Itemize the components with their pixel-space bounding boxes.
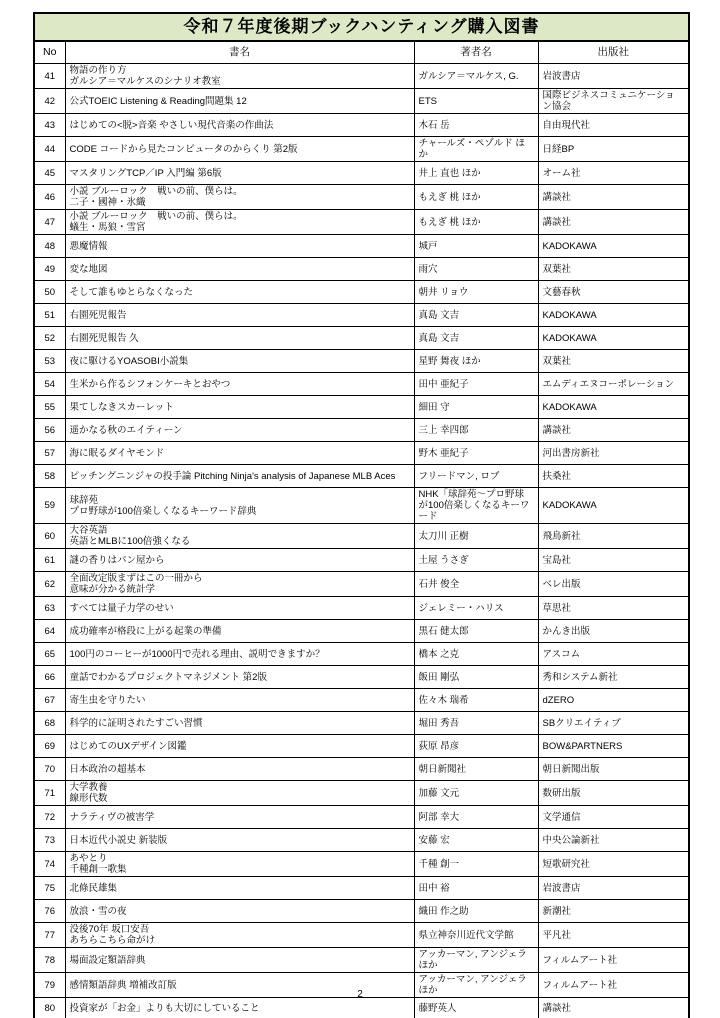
table-row: 48悪魔情報城戸KADOKAWA bbox=[34, 235, 689, 258]
cell-title: 大学教養 線形代数 bbox=[65, 781, 414, 806]
cell-publisher: 講談社 bbox=[538, 419, 689, 442]
cell-no: 66 bbox=[34, 666, 65, 689]
cell-author: チャールズ・ペゾルド ほか bbox=[414, 137, 538, 162]
cell-title: 公式TOEIC Listening & Reading問題集 12 bbox=[65, 89, 414, 114]
page-number: 2 bbox=[0, 989, 720, 1000]
cell-no: 69 bbox=[34, 735, 65, 758]
title-row: 令和７年度後期ブックハンティング購入図書 bbox=[34, 13, 689, 41]
cell-author: 田中 亜紀子 bbox=[414, 373, 538, 396]
cell-author: もえぎ 桃 ほか bbox=[414, 185, 538, 210]
cell-title: 物語の作り方 ガルシア＝マルケスのシナリオ教室 bbox=[65, 64, 414, 89]
cell-no: 75 bbox=[34, 877, 65, 900]
cell-title: 夜に駆けるYOASOBI小説集 bbox=[65, 350, 414, 373]
cell-no: 42 bbox=[34, 89, 65, 114]
cell-author: 佐々木 瑞希 bbox=[414, 689, 538, 712]
cell-publisher: 草思社 bbox=[538, 597, 689, 620]
cell-author: 橋本 之克 bbox=[414, 643, 538, 666]
cell-publisher: KADOKAWA bbox=[538, 488, 689, 524]
cell-author: 藤野英人 bbox=[414, 998, 538, 1018]
cell-publisher: 短歌研究社 bbox=[538, 852, 689, 877]
cell-publisher: 河出書房新社 bbox=[538, 442, 689, 465]
cell-publisher: フィルムアート社 bbox=[538, 948, 689, 973]
cell-title: ピッチングニンジャの投手論 Pitching Ninja's analysis … bbox=[65, 465, 414, 488]
cell-no: 67 bbox=[34, 689, 65, 712]
cell-no: 58 bbox=[34, 465, 65, 488]
cell-publisher: 自由現代社 bbox=[538, 114, 689, 137]
cell-publisher: 平凡社 bbox=[538, 923, 689, 948]
cell-author: 石井 俊全 bbox=[414, 572, 538, 597]
cell-author: 土屋 うさぎ bbox=[414, 549, 538, 572]
column-header-row: No 書名 著者名 出版社 bbox=[34, 41, 689, 64]
column-header-no: No bbox=[34, 41, 65, 64]
cell-title: 科学的に証明されたすごい習慣 bbox=[65, 712, 414, 735]
cell-no: 48 bbox=[34, 235, 65, 258]
cell-publisher: 宝島社 bbox=[538, 549, 689, 572]
table-row: 51右園死児報告真島 文吉KADOKAWA bbox=[34, 304, 689, 327]
cell-author: フリードマン, ロブ bbox=[414, 465, 538, 488]
cell-no: 65 bbox=[34, 643, 65, 666]
cell-publisher: 飛鳥新社 bbox=[538, 524, 689, 549]
document-page: 令和７年度後期ブックハンティング購入図書 No 書名 著者名 出版社 41物語の… bbox=[0, 0, 720, 1018]
table-row: 61謎の香りはパン屋から土屋 うさぎ宝島社 bbox=[34, 549, 689, 572]
cell-author: ETS bbox=[414, 89, 538, 114]
cell-no: 59 bbox=[34, 488, 65, 524]
cell-publisher: 岩波書店 bbox=[538, 877, 689, 900]
cell-no: 44 bbox=[34, 137, 65, 162]
cell-no: 73 bbox=[34, 829, 65, 852]
cell-title: 没後70年 坂口安吾 あちらこちら命がけ bbox=[65, 923, 414, 948]
cell-author: NHK「球辞苑～プロ野球が100倍楽しくなるキーワード bbox=[414, 488, 538, 524]
table-row: 68科学的に証明されたすごい習慣堀田 秀吾SBクリエイティブ bbox=[34, 712, 689, 735]
table-row: 65100円のコーヒーが1000円で売れる理由、説明できますか？橋本 之克アスコ… bbox=[34, 643, 689, 666]
cell-publisher: 講談社 bbox=[538, 210, 689, 235]
table-row: 41物語の作り方 ガルシア＝マルケスのシナリオ教室ガルシア＝マルケス, G.岩波… bbox=[34, 64, 689, 89]
cell-title: あやとり 千種創一歌集 bbox=[65, 852, 414, 877]
cell-author: 県立神奈川近代文学館 bbox=[414, 923, 538, 948]
cell-title: 生米から作るシフォンケーキとおやつ bbox=[65, 373, 414, 396]
cell-no: 68 bbox=[34, 712, 65, 735]
cell-author: 雨穴 bbox=[414, 258, 538, 281]
table-row: 73日本近代小説史 新装版安藤 宏中央公論新社 bbox=[34, 829, 689, 852]
table-row: 58ピッチングニンジャの投手論 Pitching Ninja's analysi… bbox=[34, 465, 689, 488]
table-row: 63すべては量子力学のせいジェレミー・ハリス草思社 bbox=[34, 597, 689, 620]
cell-title: 100円のコーヒーが1000円で売れる理由、説明できますか？ bbox=[65, 643, 414, 666]
cell-title: 小説 ブルーロック 戦いの前、僕らは。 蟻生・馬狼・雪宮 bbox=[65, 210, 414, 235]
table-row: 50そして誰もゆとらなくなった朝井 リョウ文藝春秋 bbox=[34, 281, 689, 304]
cell-author: 堀田 秀吾 bbox=[414, 712, 538, 735]
column-header-author: 著者名 bbox=[414, 41, 538, 64]
cell-author: 真島 文吉 bbox=[414, 304, 538, 327]
cell-author: 荻原 昂彦 bbox=[414, 735, 538, 758]
cell-publisher: エムディエヌコーポレーション bbox=[538, 373, 689, 396]
cell-title: 悪魔情報 bbox=[65, 235, 414, 258]
table-row: 69はじめてのUXデザイン図鑑荻原 昂彦BOW&PARTNERS bbox=[34, 735, 689, 758]
table-row: 59球辞苑 プロ野球が100倍楽しくなるキーワード辞典NHK「球辞苑～プロ野球が… bbox=[34, 488, 689, 524]
table-row: 72ナラティヴの被害学阿部 幸大文学通信 bbox=[34, 806, 689, 829]
table-row: 56遥かなる秋のエイティーン三上 幸四郎講談社 bbox=[34, 419, 689, 442]
cell-title: 場面設定類語辞典 bbox=[65, 948, 414, 973]
cell-author: 三上 幸四郎 bbox=[414, 419, 538, 442]
cell-publisher: アスコム bbox=[538, 643, 689, 666]
cell-no: 54 bbox=[34, 373, 65, 396]
cell-author: 真島 文吉 bbox=[414, 327, 538, 350]
cell-title: 日本近代小説史 新装版 bbox=[65, 829, 414, 852]
cell-no: 60 bbox=[34, 524, 65, 549]
column-header-book-title: 書名 bbox=[65, 41, 414, 64]
table-row: 54生米から作るシフォンケーキとおやつ田中 亜紀子エムディエヌコーポレーション bbox=[34, 373, 689, 396]
cell-title: 投資家が「お金」よりも大切にしていること bbox=[65, 998, 414, 1018]
table-row: 75北條民雄集田中 裕岩波書店 bbox=[34, 877, 689, 900]
cell-no: 63 bbox=[34, 597, 65, 620]
cell-publisher: 国際ビジネスコミュニケーション協会 bbox=[538, 89, 689, 114]
table-row: 52右園死児報告 久真島 文吉KADOKAWA bbox=[34, 327, 689, 350]
cell-publisher: dZERO bbox=[538, 689, 689, 712]
cell-no: 51 bbox=[34, 304, 65, 327]
cell-no: 78 bbox=[34, 948, 65, 973]
cell-publisher: 日経BP bbox=[538, 137, 689, 162]
cell-publisher: 双葉社 bbox=[538, 350, 689, 373]
cell-title: 大谷英語 英語とMLBに100倍強くなる bbox=[65, 524, 414, 549]
cell-author: ジェレミー・ハリス bbox=[414, 597, 538, 620]
cell-author: 星野 舞夜 ほか bbox=[414, 350, 538, 373]
cell-title: 変な地図 bbox=[65, 258, 414, 281]
cell-no: 55 bbox=[34, 396, 65, 419]
cell-publisher: KADOKAWA bbox=[538, 304, 689, 327]
cell-publisher: KADOKAWA bbox=[538, 235, 689, 258]
purchase-book-table: 令和７年度後期ブックハンティング購入図書 No 書名 著者名 出版社 41物語の… bbox=[33, 12, 690, 1018]
table-row: 47小説 ブルーロック 戦いの前、僕らは。 蟻生・馬狼・雪宮もえぎ 桃 ほか講談… bbox=[34, 210, 689, 235]
cell-no: 62 bbox=[34, 572, 65, 597]
cell-author: 安藤 宏 bbox=[414, 829, 538, 852]
cell-title: 海に眠るダイヤモンド bbox=[65, 442, 414, 465]
cell-title: 小説 ブルーロック 戦いの前、僕らは。 二子・國神・氷織 bbox=[65, 185, 414, 210]
cell-publisher: 数研出版 bbox=[538, 781, 689, 806]
cell-publisher: 秀和システム新社 bbox=[538, 666, 689, 689]
cell-no: 49 bbox=[34, 258, 65, 281]
table-row: 66童話でわかるプロジェクトマネジメント 第2版飯田 剛弘秀和システム新社 bbox=[34, 666, 689, 689]
cell-author: 阿部 幸大 bbox=[414, 806, 538, 829]
cell-no: 43 bbox=[34, 114, 65, 137]
document-title: 令和７年度後期ブックハンティング購入図書 bbox=[34, 13, 689, 41]
cell-title: はじめての<脱>音楽 やさしい現代音楽の作曲法 bbox=[65, 114, 414, 137]
cell-no: 71 bbox=[34, 781, 65, 806]
cell-no: 53 bbox=[34, 350, 65, 373]
cell-title: CODE コードから見たコンピュータのからくり 第2版 bbox=[65, 137, 414, 162]
cell-publisher: 岩波書店 bbox=[538, 64, 689, 89]
cell-publisher: SBクリエイティブ bbox=[538, 712, 689, 735]
cell-no: 74 bbox=[34, 852, 65, 877]
cell-title: 右園死児報告 久 bbox=[65, 327, 414, 350]
cell-author: 織田 作之助 bbox=[414, 900, 538, 923]
cell-publisher: 新潮社 bbox=[538, 900, 689, 923]
cell-no: 41 bbox=[34, 64, 65, 89]
table-row: 78場面設定類語辞典アッカーマン, アンジェラほかフィルムアート社 bbox=[34, 948, 689, 973]
table-row: 53夜に駆けるYOASOBI小説集星野 舞夜 ほか双葉社 bbox=[34, 350, 689, 373]
cell-no: 77 bbox=[34, 923, 65, 948]
table-row: 71大学教養 線形代数加藤 文元数研出版 bbox=[34, 781, 689, 806]
table-row: 77没後70年 坂口安吾 あちらこちら命がけ県立神奈川近代文学館平凡社 bbox=[34, 923, 689, 948]
cell-title: 謎の香りはパン屋から bbox=[65, 549, 414, 572]
table-row: 70日本政治の超基本朝日新聞社朝日新聞出版 bbox=[34, 758, 689, 781]
cell-author: 野木 亜紀子 bbox=[414, 442, 538, 465]
cell-title: 放浪・雪の夜 bbox=[65, 900, 414, 923]
cell-publisher: KADOKAWA bbox=[538, 396, 689, 419]
cell-author: 千種 創一 bbox=[414, 852, 538, 877]
cell-no: 76 bbox=[34, 900, 65, 923]
cell-author: 木石 岳 bbox=[414, 114, 538, 137]
cell-title: 全面改定版まずはこの一冊から 意味が分かる統計学 bbox=[65, 572, 414, 597]
cell-author: 朝井 リョウ bbox=[414, 281, 538, 304]
cell-publisher: 講談社 bbox=[538, 185, 689, 210]
cell-author: ガルシア＝マルケス, G. bbox=[414, 64, 538, 89]
cell-no: 72 bbox=[34, 806, 65, 829]
table-row: 42公式TOEIC Listening & Reading問題集 12ETS国際… bbox=[34, 89, 689, 114]
cell-title: 成功確率が格段に上がる起業の準備 bbox=[65, 620, 414, 643]
table-row: 60大谷英語 英語とMLBに100倍強くなる太刀川 正樹飛鳥新社 bbox=[34, 524, 689, 549]
table-body: 41物語の作り方 ガルシア＝マルケスのシナリオ教室ガルシア＝マルケス, G.岩波… bbox=[34, 64, 689, 1018]
cell-author: もえぎ 桃 ほか bbox=[414, 210, 538, 235]
cell-title: 球辞苑 プロ野球が100倍楽しくなるキーワード辞典 bbox=[65, 488, 414, 524]
table-row: 46小説 ブルーロック 戦いの前、僕らは。 二子・國神・氷織もえぎ 桃 ほか講談… bbox=[34, 185, 689, 210]
table-row: 57海に眠るダイヤモンド野木 亜紀子河出書房新社 bbox=[34, 442, 689, 465]
table-row: 64成功確率が格段に上がる起業の準備黒石 健太郎かんき出版 bbox=[34, 620, 689, 643]
cell-publisher: 扶桑社 bbox=[538, 465, 689, 488]
table-row: 74あやとり 千種創一歌集千種 創一短歌研究社 bbox=[34, 852, 689, 877]
cell-publisher: BOW&PARTNERS bbox=[538, 735, 689, 758]
cell-title: 日本政治の超基本 bbox=[65, 758, 414, 781]
cell-publisher: 文藝春秋 bbox=[538, 281, 689, 304]
cell-no: 70 bbox=[34, 758, 65, 781]
cell-no: 80 bbox=[34, 998, 65, 1018]
cell-title: 果てしなきスカーレット bbox=[65, 396, 414, 419]
cell-no: 46 bbox=[34, 185, 65, 210]
cell-no: 50 bbox=[34, 281, 65, 304]
table-row: 76放浪・雪の夜織田 作之助新潮社 bbox=[34, 900, 689, 923]
cell-publisher: かんき出版 bbox=[538, 620, 689, 643]
cell-author: 太刀川 正樹 bbox=[414, 524, 538, 549]
cell-no: 57 bbox=[34, 442, 65, 465]
cell-author: 加藤 文元 bbox=[414, 781, 538, 806]
cell-title: 北條民雄集 bbox=[65, 877, 414, 900]
cell-no: 45 bbox=[34, 162, 65, 185]
cell-author: 朝日新聞社 bbox=[414, 758, 538, 781]
table-row: 80投資家が「お金」よりも大切にしていること藤野英人講談社 bbox=[34, 998, 689, 1018]
cell-title: 童話でわかるプロジェクトマネジメント 第2版 bbox=[65, 666, 414, 689]
cell-author: 飯田 剛弘 bbox=[414, 666, 538, 689]
cell-title: 右園死児報告 bbox=[65, 304, 414, 327]
table-row: 67寄生虫を守りたい佐々木 瑞希dZERO bbox=[34, 689, 689, 712]
cell-no: 56 bbox=[34, 419, 65, 442]
cell-publisher: 文学通信 bbox=[538, 806, 689, 829]
cell-publisher: 双葉社 bbox=[538, 258, 689, 281]
cell-publisher: 講談社 bbox=[538, 998, 689, 1018]
cell-publisher: ベレ出版 bbox=[538, 572, 689, 597]
table-row: 43はじめての<脱>音楽 やさしい現代音楽の作曲法木石 岳自由現代社 bbox=[34, 114, 689, 137]
cell-no: 64 bbox=[34, 620, 65, 643]
cell-title: 遥かなる秋のエイティーン bbox=[65, 419, 414, 442]
cell-title: そして誰もゆとらなくなった bbox=[65, 281, 414, 304]
cell-no: 47 bbox=[34, 210, 65, 235]
cell-title: 寄生虫を守りたい bbox=[65, 689, 414, 712]
cell-author: 細田 守 bbox=[414, 396, 538, 419]
table-row: 45マスタリングTCP／IP 入門編 第6版井上 直也 ほかオーム社 bbox=[34, 162, 689, 185]
cell-title: マスタリングTCP／IP 入門編 第6版 bbox=[65, 162, 414, 185]
table-row: 49変な地図雨穴双葉社 bbox=[34, 258, 689, 281]
cell-publisher: 朝日新聞出版 bbox=[538, 758, 689, 781]
cell-no: 61 bbox=[34, 549, 65, 572]
cell-title: はじめてのUXデザイン図鑑 bbox=[65, 735, 414, 758]
cell-author: 井上 直也 ほか bbox=[414, 162, 538, 185]
cell-title: すべては量子力学のせい bbox=[65, 597, 414, 620]
cell-title: ナラティヴの被害学 bbox=[65, 806, 414, 829]
cell-author: 城戸 bbox=[414, 235, 538, 258]
cell-author: アッカーマン, アンジェラほか bbox=[414, 948, 538, 973]
cell-author: 黒石 健太郎 bbox=[414, 620, 538, 643]
table-row: 62全面改定版まずはこの一冊から 意味が分かる統計学石井 俊全ベレ出版 bbox=[34, 572, 689, 597]
cell-publisher: オーム社 bbox=[538, 162, 689, 185]
column-header-publisher: 出版社 bbox=[538, 41, 689, 64]
cell-publisher: 中央公論新社 bbox=[538, 829, 689, 852]
cell-author: 田中 裕 bbox=[414, 877, 538, 900]
table-row: 55果てしなきスカーレット細田 守KADOKAWA bbox=[34, 396, 689, 419]
cell-no: 52 bbox=[34, 327, 65, 350]
table-row: 44CODE コードから見たコンピュータのからくり 第2版チャールズ・ペゾルド … bbox=[34, 137, 689, 162]
cell-publisher: KADOKAWA bbox=[538, 327, 689, 350]
